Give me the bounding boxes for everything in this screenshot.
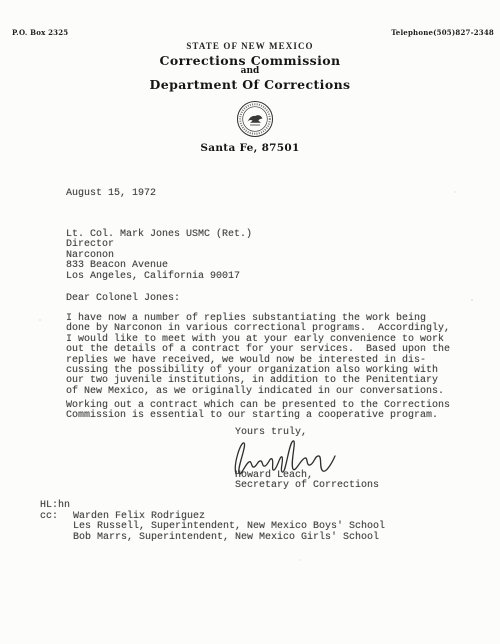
letterhead-po-box: P.O. Box 2325 — [12, 28, 68, 37]
state-seal-icon — [236, 100, 274, 138]
body-paragraph-2: Working out a contract which can be pres… — [66, 401, 450, 422]
letterhead-state-line: STATE OF NEW MEXICO — [0, 41, 500, 51]
cc-label: cc: — [40, 512, 58, 522]
cc-recipient-list: Warden Felix Rodriguez Les Russell, Supe… — [73, 512, 385, 543]
signature-block: Howard Leach, Secretary of Corrections — [235, 471, 379, 492]
letterhead-telephone: Telephone(505)827-2348 — [391, 28, 494, 37]
reference-initials: HL:hn — [40, 501, 70, 511]
letterhead-org-department: Department Of Corrections — [0, 77, 500, 92]
recipient-address-block: Lt. Col. Mark Jones USMC (Ret.) Director… — [66, 230, 252, 282]
body-paragraph-1: I have now a number of replies substanti… — [66, 314, 450, 397]
signer-name-and-title: Howard Leach, Secretary of Corrections — [235, 470, 379, 491]
letterhead-org-and: and — [0, 66, 500, 76]
signer-title: Secretary of Corrections — [235, 480, 379, 491]
salutation: Dear Colonel Jones: — [66, 294, 180, 304]
letter-date: August 15, 1972 — [66, 189, 156, 199]
scanned-letter-page: P.O. Box 2325 Telephone(505)827-2348 STA… — [0, 0, 500, 644]
letterhead-city-zip: Santa Fe, 87501 — [0, 142, 500, 154]
